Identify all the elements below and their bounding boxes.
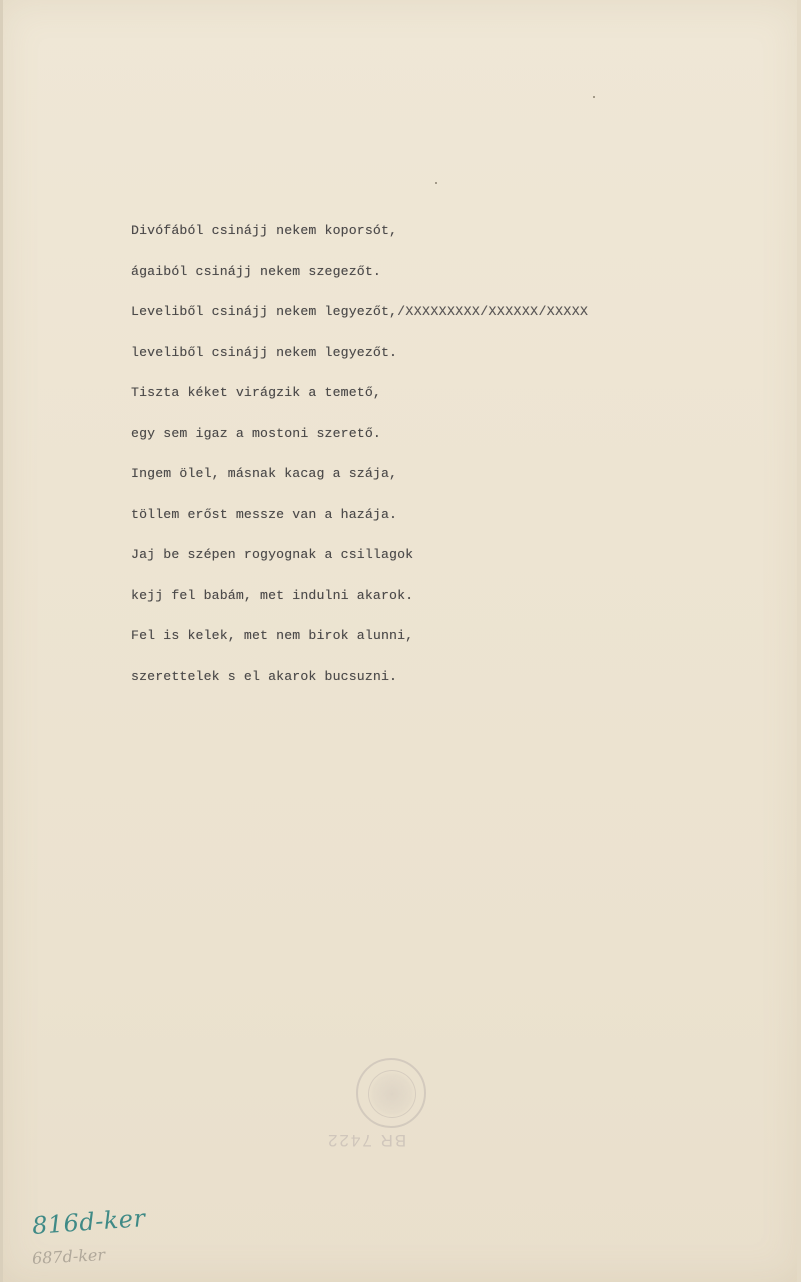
poem-line: kejj fel babám, met indulni akarok. [131, 589, 588, 603]
paper-sheet: Divófából csinájj nekem koporsót, ágaibó… [0, 0, 801, 1282]
poem-line: Fel is kelek, met nem birok alunni, [131, 629, 588, 643]
paper-edge-right [797, 0, 801, 1282]
struck-out-text: /XXXXXXXXX/XXXXXX/XXXXX [397, 304, 588, 319]
archive-stamp-icon [356, 1058, 426, 1128]
stamp-number: BR 7422 [326, 1130, 406, 1150]
poem-line: szerettelek s el akarok bucsuzni. [131, 670, 588, 684]
stamp-emblem [368, 1070, 416, 1118]
poem-line: ágaiból csinájj nekem szegezőt. [131, 265, 588, 279]
poem-line: Ingem ölel, másnak kacag a szája, [131, 467, 588, 481]
poem-line-text: Leveliből csinájj nekem legyezőt, [131, 304, 397, 319]
poem-line: töllem erőst messze van a hazája. [131, 508, 588, 522]
poem-line: Divófából csinájj nekem koporsót, [131, 224, 588, 238]
handwritten-old-catalog-number: 687d-ker [32, 1245, 106, 1268]
paper-speck [593, 96, 595, 98]
poem-line: egy sem igaz a mostoni szerető. [131, 427, 588, 441]
paper-edge-left [0, 0, 3, 1282]
typewritten-poem: Divófából csinájj nekem koporsót, ágaibó… [131, 197, 588, 710]
poem-line: Tiszta kéket virágzik a temető, [131, 386, 588, 400]
poem-line: Jaj be szépen rogyognak a csillagok [131, 548, 588, 562]
poem-line: leveliből csinájj nekem legyezőt. [131, 346, 588, 360]
paper-speck [435, 182, 437, 184]
handwritten-catalog-number: 816d-ker [31, 1204, 146, 1240]
poem-line-with-strikeout: Leveliből csinájj nekem legyezőt,/XXXXXX… [131, 305, 588, 319]
